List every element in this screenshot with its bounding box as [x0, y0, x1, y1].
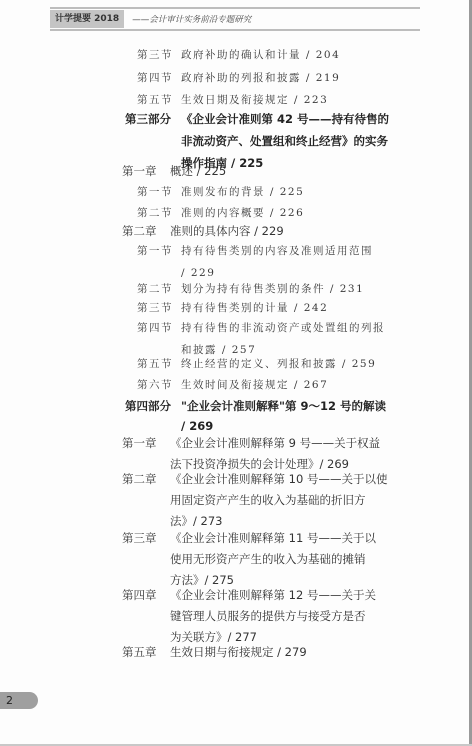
toc-entry-title-line: 政府补助的列报和披露 / 219 [181, 70, 340, 86]
toc-entry-label: 第四节 [137, 320, 173, 336]
toc-entry-label: 第二节 [137, 281, 173, 297]
toc-entry-label: 第五章 [122, 644, 157, 660]
toc-entry-title-line: / 229 [181, 265, 215, 281]
toc-entry-label: 第二节 [137, 205, 173, 221]
page-number: 2 [6, 694, 13, 707]
toc-entry-title-line: 使用无形资产产生的收入为基础的摊销 [170, 551, 366, 567]
toc-entry-title-line: 《企业会计准则解释第 10 号——关于以使 [170, 471, 387, 487]
toc-entry-label: 第四章 [122, 587, 157, 603]
toc-entry-label: 第三节 [137, 300, 173, 316]
toc-entry-label: 第一章 [122, 163, 157, 179]
page-number-tab: 2 [0, 692, 38, 709]
toc-entry-title-line: 准则的内容概要 / 226 [181, 205, 304, 221]
toc-entry-label: 第二章 [122, 471, 157, 487]
toc-entry-title-line: 持有待售类别的内容及准则适用范围 [181, 243, 373, 259]
toc-entry-title-line: 终止经营的定义、列报和披露 / 259 [181, 356, 376, 372]
toc-entry-title-line: 准则发布的背景 / 225 [181, 184, 304, 200]
toc-entry-label: 第五节 [137, 356, 173, 372]
toc-entry-label: 第一节 [137, 184, 173, 200]
toc-entry-title-line: "企业会计准则解释"第 9～12 号的解读 [181, 398, 386, 414]
toc-entry-title-line: 《企业会计准则第 42 号——持有待售的 [181, 111, 389, 127]
toc-entry-title-line: 持有待售的非流动资产或处置组的列报 [181, 320, 385, 336]
running-header: 计学提要 2018 ——会计审计实务前沿专题研究 [50, 7, 420, 31]
book-subtitle: ——会计审计实务前沿专题研究 [132, 13, 251, 25]
toc-entry-title-line: 生效日期及衔接规定 / 223 [181, 92, 328, 108]
toc-entry-label: 第一节 [137, 243, 173, 259]
toc-entry-label: 第一章 [122, 435, 157, 451]
toc-entry-title-line: 概述 / 225 [170, 163, 226, 179]
book-title-badge: 计学提要 2018 [50, 10, 124, 28]
toc-entry-title-line: 生效时间及衔接规定 / 267 [181, 377, 328, 393]
toc-entry-title-line: 方法》/ 275 [170, 572, 234, 588]
toc-entry-title-line: 法》/ 273 [170, 513, 222, 529]
toc-entry-title-line: 用固定资产产生的收入为基础的折旧方 [170, 492, 366, 508]
toc-entry-title-line: / 269 [181, 418, 213, 434]
toc-entry-label: 第四节 [137, 70, 173, 86]
toc-entry-title-line: 准则的具体内容 / 229 [170, 223, 284, 239]
toc-entry-label: 第六节 [137, 377, 173, 393]
toc-entry-label: 第四部分 [125, 398, 171, 414]
toc-entry-title-line: 持有待售类别的计量 / 242 [181, 300, 328, 316]
toc-entry-title-line: 为关联方》/ 277 [170, 629, 257, 645]
toc-entry-label: 第三部分 [125, 111, 171, 127]
toc-entry-title-line: 《企业会计准则解释第 12 号——关于关 [170, 587, 376, 603]
toc-entry-title-line: 划分为持有待售类别的条件 / 231 [181, 281, 364, 297]
toc-entry-title-line: 政府补助的确认和计量 / 204 [181, 47, 340, 63]
toc-entry-label: 第二章 [122, 223, 157, 239]
toc-entry-label: 第三节 [137, 47, 173, 63]
toc-entry-title-line: 法下投资净损失的会计处理》/ 269 [170, 456, 349, 472]
toc-entry-title-line: 非流动资产、处置组和终止经营》的实务 [181, 133, 388, 149]
toc-entry-title-line: 键管理人员服务的提供方与接受方是否 [170, 608, 366, 624]
toc-entry-title-line: 生效日期与衔接规定 / 279 [170, 644, 307, 660]
toc-entry-label: 第五节 [137, 92, 173, 108]
toc-entry-label: 第三章 [122, 530, 157, 546]
toc-entry-title-line: 《企业会计准则解释第 11 号——关于以 [170, 530, 376, 546]
toc-entry-title-line: 《企业会计准则解释第 9 号——关于权益 [170, 435, 380, 451]
